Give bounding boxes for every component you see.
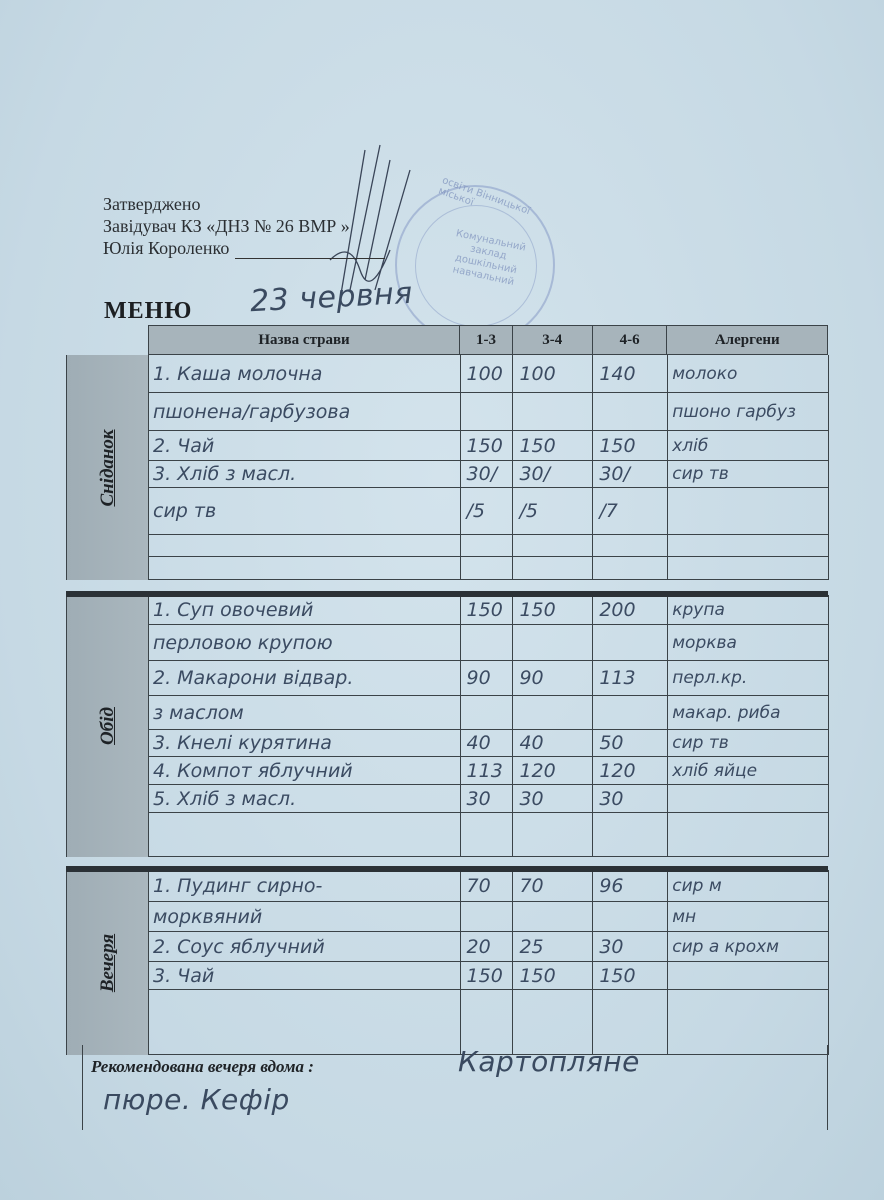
allergen-cell: сир м: [668, 870, 828, 901]
section-label-column: Сніданок: [67, 355, 149, 580]
portion-4-6-cell: 113: [593, 661, 668, 695]
portion-1-3-cell: [461, 813, 514, 856]
dish-name-cell: сир тв: [149, 488, 461, 534]
head-title: Завідувач КЗ «ДНЗ № 26 ВМР »: [103, 215, 385, 237]
allergen-cell: перл.кр.: [668, 661, 828, 695]
dish-name-cell: [149, 813, 461, 856]
table-row: [149, 535, 829, 557]
home-dinner-recommendation: Рекомендована вечеря вдома : Картопляне …: [82, 1045, 828, 1130]
head-name-line: Юлія Короленко: [103, 237, 385, 259]
portion-1-3-cell: 30/: [461, 461, 514, 487]
col-header-allergens: Алергени: [667, 326, 827, 354]
portion-4-6-cell: [593, 535, 668, 556]
portion-3-4-cell: 150: [513, 595, 593, 624]
portion-1-3-cell: [461, 902, 514, 931]
portion-1-3-cell: 40: [461, 730, 514, 756]
dish-name-cell: 3. Кнелі курятина: [149, 730, 461, 756]
portion-1-3-cell: 150: [461, 595, 514, 624]
table-row: перловою крупоюморква: [149, 625, 829, 661]
portion-4-6-cell: 200: [593, 595, 668, 624]
dish-name-cell: 4. Компот яблучний: [149, 757, 461, 784]
table-row: 5. Хліб з масл.303030: [149, 785, 829, 813]
section-label: Обід: [97, 707, 119, 745]
section-divider: [66, 591, 828, 597]
portion-4-6-cell: [593, 902, 668, 931]
portion-4-6-cell: 120: [593, 757, 668, 784]
portion-1-3-cell: [461, 535, 514, 556]
allergen-cell: [668, 962, 828, 989]
dish-name-cell: з маслом: [149, 696, 461, 729]
menu-title: МЕНЮ: [104, 298, 192, 325]
portion-3-4-cell: 100: [513, 355, 593, 392]
table-row: 3. Хліб з масл.30/30/30/сир тв: [149, 461, 829, 488]
portion-4-6-cell: 150: [593, 431, 668, 460]
portion-1-3-cell: 150: [461, 962, 514, 989]
portion-4-6-cell: [593, 625, 668, 660]
portion-3-4-cell: [513, 625, 593, 660]
portion-4-6-cell: [593, 696, 668, 729]
dish-name-cell: 1. Каша молочна: [149, 355, 461, 392]
portion-3-4-cell: 30/: [513, 461, 593, 487]
recommendation-value-line1: Картопляне: [458, 1045, 640, 1078]
portion-4-6-cell: [593, 393, 668, 430]
table-row: сир тв/5/5/7: [149, 488, 829, 535]
portion-1-3-cell: 70: [461, 870, 514, 901]
portion-4-6-cell: [593, 557, 668, 579]
head-name: Юлія Короленко: [103, 238, 229, 258]
table-row: 3. Кнелі курятина404050сир тв: [149, 730, 829, 757]
table-row: пшонена/гарбузовапшоно гарбуз: [149, 393, 829, 431]
portion-1-3-cell: 113: [461, 757, 514, 784]
allergen-cell: сир а крохм: [668, 932, 828, 961]
portion-4-6-cell: 140: [593, 355, 668, 392]
stamp-center-text: Комунальний заклад дошкільний навчальний: [443, 227, 531, 291]
portion-4-6-cell: 50: [593, 730, 668, 756]
portion-4-6-cell: 30: [593, 932, 668, 961]
table-row: [149, 813, 829, 857]
dish-name-cell: 2. Соус яблучний: [149, 932, 461, 961]
dish-name-cell: пшонена/гарбузова: [149, 393, 461, 430]
portion-1-3-cell: 150: [461, 431, 514, 460]
portion-3-4-cell: 150: [513, 431, 593, 460]
col-header-age-3-4: 3-4: [513, 326, 593, 354]
allergen-cell: крупа: [668, 595, 828, 624]
official-stamp: освіти Вінницької міської Комунальний за…: [395, 185, 555, 345]
table-row: 3. Чай150150150: [149, 962, 829, 990]
approved-label: Затверджено: [103, 193, 385, 215]
portion-4-6-cell: 30: [593, 785, 668, 812]
col-header-age-1-3: 1-3: [460, 326, 513, 354]
allergen-cell: [668, 813, 828, 856]
recommendation-label: Рекомендована вечеря вдома :: [91, 1057, 314, 1077]
dish-name-cell: [149, 535, 461, 556]
table-row: 1. Суп овочевий150150200крупа: [149, 595, 829, 625]
portion-4-6-cell: 96: [593, 870, 668, 901]
col-header-dish-name: Назва страви: [149, 326, 460, 354]
dish-name-cell: 5. Хліб з масл.: [149, 785, 461, 812]
table-header: Назва страви 1-3 3-4 4-6 Алергени: [148, 325, 828, 355]
table-row: 2. Макарони відвар.9090113перл.кр.: [149, 661, 829, 696]
table-row: 4. Компот яблучний113120120хліб яйце: [149, 757, 829, 785]
portion-3-4-cell: 25: [513, 932, 593, 961]
table-row: 2. Соус яблучний202530сир а крохм: [149, 932, 829, 962]
dish-name-cell: 3. Хліб з масл.: [149, 461, 461, 487]
allergen-cell: хліб: [668, 431, 828, 460]
table-row: 1. Пудинг сирно-707096сир м: [149, 870, 829, 902]
portion-4-6-cell: 150: [593, 962, 668, 989]
recommendation-value-line2: пюре. Кефір: [103, 1083, 290, 1116]
portion-1-3-cell: 100: [461, 355, 514, 392]
allergen-cell: [668, 557, 828, 579]
dish-name-cell: морквяний: [149, 902, 461, 931]
allergen-cell: макар. риба: [668, 696, 828, 729]
allergen-cell: хліб яйце: [668, 757, 828, 784]
section-label: Вечеря: [97, 933, 119, 991]
table-row: морквяниймн: [149, 902, 829, 932]
dish-name-cell: [149, 557, 461, 579]
allergen-cell: [668, 488, 828, 534]
section-label-column: Вечеря: [67, 870, 149, 1055]
portion-1-3-cell: 20: [461, 932, 514, 961]
allergen-cell: мн: [668, 902, 828, 931]
portion-4-6-cell: /7: [593, 488, 668, 534]
portion-3-4-cell: [513, 813, 593, 856]
allergen-cell: сир тв: [668, 461, 828, 487]
portion-3-4-cell: 120: [513, 757, 593, 784]
portion-3-4-cell: 40: [513, 730, 593, 756]
approval-block: Затверджено Завідувач КЗ «ДНЗ № 26 ВМР »…: [103, 193, 385, 259]
portion-4-6-cell: [593, 813, 668, 856]
portion-3-4-cell: /5: [513, 488, 593, 534]
section-lunch: Обід1. Суп овочевий150150200крупаперлово…: [66, 595, 828, 857]
section-label-column: Обід: [67, 595, 149, 857]
dish-name-cell: 1. Суп овочевий: [149, 595, 461, 624]
section-breakfast: Сніданок1. Каша молочна100100140молокопш…: [66, 355, 828, 580]
portion-3-4-cell: 30: [513, 785, 593, 812]
allergen-cell: пшоно гарбуз: [668, 393, 828, 430]
section-label: Сніданок: [97, 429, 119, 506]
section-dinner: Вечеря1. Пудинг сирно-707096сир мморквян…: [66, 870, 828, 1055]
allergen-cell: морква: [668, 625, 828, 660]
allergen-cell: [668, 785, 828, 812]
portion-3-4-cell: [513, 902, 593, 931]
dish-name-cell: 2. Чай: [149, 431, 461, 460]
portion-3-4-cell: [513, 393, 593, 430]
portion-1-3-cell: [461, 696, 514, 729]
portion-3-4-cell: 150: [513, 962, 593, 989]
signature-line: [235, 245, 385, 259]
dish-name-cell: 1. Пудинг сирно-: [149, 870, 461, 901]
allergen-cell: молоко: [668, 355, 828, 392]
col-header-age-4-6: 4-6: [593, 326, 668, 354]
allergen-cell: сир тв: [668, 730, 828, 756]
dish-name-cell: 3. Чай: [149, 962, 461, 989]
section-divider: [66, 866, 828, 872]
table-row: [149, 557, 829, 580]
table-row: 2. Чай150150150хліб: [149, 431, 829, 461]
portion-1-3-cell: [461, 557, 514, 579]
portion-3-4-cell: [513, 696, 593, 729]
portion-1-3-cell: 90: [461, 661, 514, 695]
table-row: 1. Каша молочна100100140молоко: [149, 355, 829, 393]
dish-name-cell: 2. Макарони відвар.: [149, 661, 461, 695]
portion-1-3-cell: [461, 393, 514, 430]
portion-3-4-cell: [513, 557, 593, 579]
portion-3-4-cell: 90: [513, 661, 593, 695]
portion-3-4-cell: [513, 535, 593, 556]
portion-3-4-cell: 70: [513, 870, 593, 901]
portion-1-3-cell: 30: [461, 785, 514, 812]
portion-1-3-cell: /5: [461, 488, 514, 534]
dish-name-cell: перловою крупою: [149, 625, 461, 660]
allergen-cell: [668, 535, 828, 556]
portion-4-6-cell: 30/: [593, 461, 668, 487]
portion-1-3-cell: [461, 625, 514, 660]
table-row: з масломмакар. риба: [149, 696, 829, 730]
